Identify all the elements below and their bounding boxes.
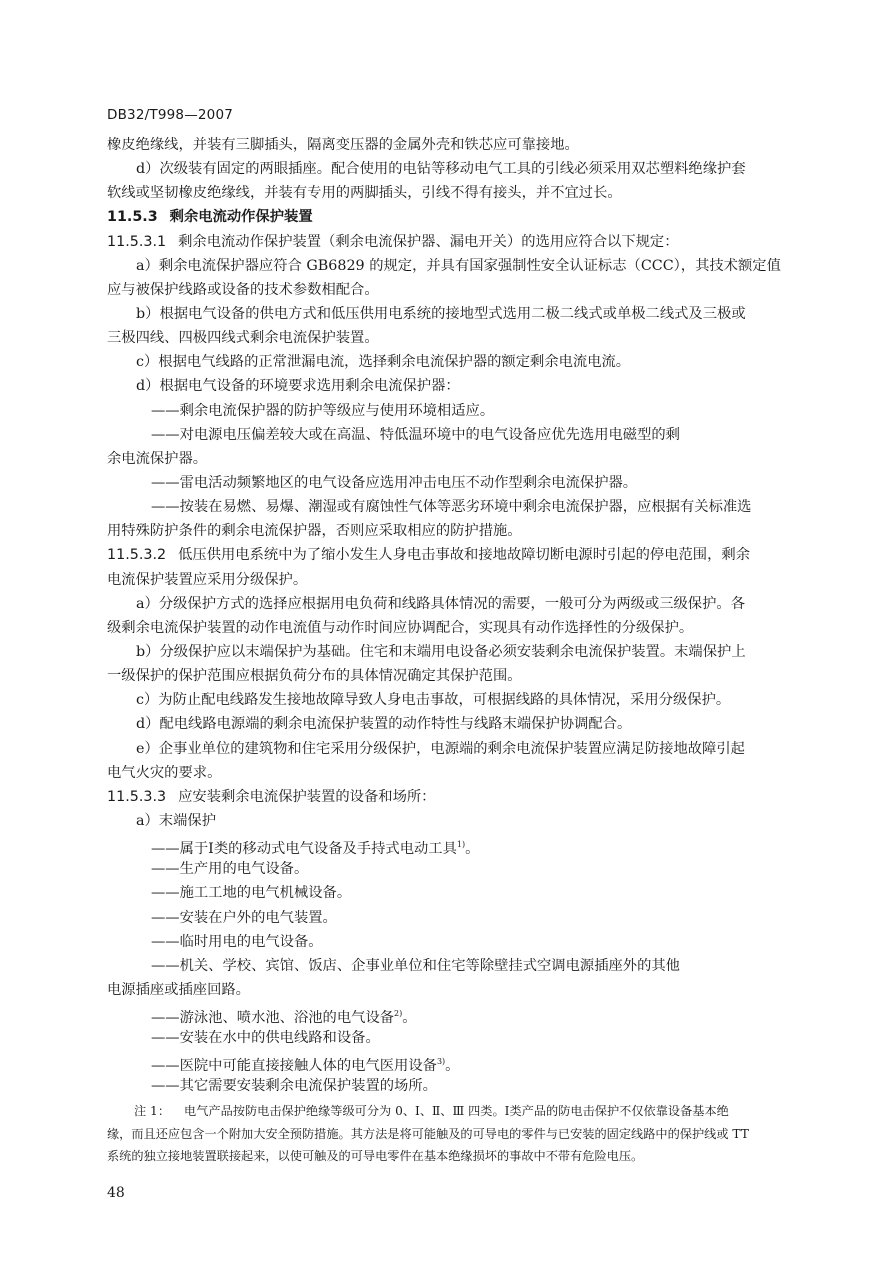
section-title: 剩余电流动作保护装置 <box>170 209 313 225</box>
list-item-b: b）分级保护应以末端保护为基础。住宅和末端用电设备必须安装剩余电流保护装置。末端… <box>107 640 809 664</box>
dash-item: ——属于Ⅰ类的移动式电气设备及手持式电动工具1)。 <box>107 833 809 857</box>
note-line: 系统的独立接地装置联接起来，以使可触及的可导电零件在基本绝缘损坏的事故中不带有危… <box>107 1145 809 1168</box>
list-item-d: d）根据电气设备的环境要求选用剩余电流保护器： <box>107 374 809 398</box>
clause-text: 低压供用电系统中为了缩小发生人身电击事故和接地故障切断电源时引起的停电范围，剩余 <box>178 547 750 563</box>
dash-item: ——生产用的电气设备。 <box>107 857 809 881</box>
dash-item: ——机关、学校、宾馆、饭店、企事业单位和住宅等除壁挂式空调电源插座外的其他 <box>107 954 809 978</box>
dash-item-text: ——医院中可能直接接触人体的电气医用设备 <box>151 1058 437 1074</box>
note-label: 注 1： <box>134 1100 170 1123</box>
list-item-e: e）企事业单位的建筑物和住宅采用分级保护，电源端的剩余电流保护装置应满足防接地故… <box>107 737 809 761</box>
clause-number: 11.5.3.3 <box>107 785 166 809</box>
dash-item: ——剩余电流保护器的防护等级应与使用环境相适应。 <box>107 399 809 423</box>
punctuation: 。 <box>465 841 479 857</box>
paragraph-line: 用特殊防护条件的剩余电流保护器，否则应采取相应的防护措施。 <box>107 519 809 543</box>
clause-11-5-3-1: 11.5.3.1剩余电流动作保护装置（剩余电流保护器、漏电开关）的选用应符合以下… <box>107 230 809 254</box>
dash-item-text: ——属于Ⅰ类的移动式电气设备及手持式电动工具 <box>151 841 457 857</box>
clause-text: 应安装剩余电流保护装置的设备和场所： <box>178 789 435 805</box>
list-item-b: b）根据电气设备的供电方式和低压供用电系统的接地型式选用二极二线式或单极二线式及… <box>107 302 809 326</box>
list-item-a: a）末端保护 <box>107 809 809 833</box>
list-item-a: a）分级保护方式的选择应根据用电负荷和线路具体情况的需要，一般可分为两级或三级保… <box>107 592 809 616</box>
footnote-ref: 3) <box>437 1057 445 1066</box>
paragraph-line: 电流保护装置应采用分级保护。 <box>107 568 809 592</box>
list-item-c: c）根据电气线路的正常泄漏电流，选择剩余电流保护器的额定剩余电流电流。 <box>107 350 809 374</box>
clause-11-5-3-3: 11.5.3.3应安装剩余电流保护装置的设备和场所： <box>107 785 809 809</box>
page-number: 48 <box>107 1185 125 1201</box>
dash-item: ——医院中可能直接接触人体的电气医用设备3)。 <box>107 1050 809 1074</box>
document-id-header: DB32/T998—2007 <box>107 107 233 123</box>
dash-item: ——安装在户外的电气装置。 <box>107 906 809 930</box>
clause-number: 11.5.3.1 <box>107 230 166 254</box>
paragraph-line: 级剩余电流保护装置的动作电流值与动作时间应协调配合，实现具有动作选择性的分级保护… <box>107 616 809 640</box>
dash-item: ——雷电活动频繁地区的电气设备应选用冲击电压不动作型剩余电流保护器。 <box>107 471 809 495</box>
section-heading-11-5-3: 11.5.3剩余电流动作保护装置 <box>107 205 809 229</box>
note-line: 缘，而且还应包含一个附加大安全预防措施。其方法是将可能触及的可导电的零件与已安装… <box>107 1123 809 1146</box>
dash-item: ——游泳池、喷水池、浴池的电气设备2)。 <box>107 1002 809 1026</box>
paragraph-line: 电气火灾的要求。 <box>107 761 809 785</box>
footnote-ref: 1) <box>457 840 465 849</box>
paragraph-line: 软线或坚韧橡皮绝缘线，并装有专用的两脚插头，引线不得有接头，并不宜过长。 <box>107 181 809 205</box>
punctuation: 。 <box>445 1058 459 1074</box>
paragraph-line: 余电流保护器。 <box>107 447 809 471</box>
dash-item: ——其它需要安装剩余电流保护装置的场所。 <box>107 1074 809 1098</box>
paragraph-line: 电源插座或插座回路。 <box>107 978 809 1002</box>
clause-11-5-3-2: 11.5.3.2低压供用电系统中为了缩小发生人身电击事故和接地故障切断电源时引起… <box>107 543 809 567</box>
note-line: 注 1：电气产品按防电击保护绝缘等级可分为 0、Ⅰ、Ⅱ、Ⅲ 四类。Ⅰ类产品的防电… <box>107 1100 809 1123</box>
note-text: 电气产品按防电击保护绝缘等级可分为 0、Ⅰ、Ⅱ、Ⅲ 四类。Ⅰ类产品的防电击保护不… <box>184 1104 729 1118</box>
punctuation: 。 <box>402 1010 416 1026</box>
list-item-c: c）为防止配电线路发生接地故障导致人身电击事故，可根据线路的具体情况，采用分级保… <box>107 688 809 712</box>
clause-text: 剩余电流动作保护装置（剩余电流保护器、漏电开关）的选用应符合以下规定： <box>178 234 678 250</box>
dash-item: ——安装在水中的供电线路和设备。 <box>107 1026 809 1050</box>
clause-number: 11.5.3.2 <box>107 543 166 567</box>
paragraph-line: 三极四线、四极四线式剩余电流保护装置。 <box>107 326 809 350</box>
paragraph-line: 橡皮绝缘线，并装有三脚插头，隔离变压器的金属外壳和铁芯应可靠接地。 <box>107 133 809 157</box>
dash-item: ——临时用电的电气设备。 <box>107 930 809 954</box>
dash-item-text: ——游泳池、喷水池、浴池的电气设备 <box>151 1010 394 1026</box>
section-number: 11.5.3 <box>107 205 158 229</box>
paragraph-line: 应与被保护线路或设备的技术参数相配合。 <box>107 278 809 302</box>
dash-item: ——对电源电压偏差较大或在高温、特低温环境中的电气设备应优先选用电磁型的剩 <box>107 423 809 447</box>
document-body: 橡皮绝缘线，并装有三脚插头，隔离变压器的金属外壳和铁芯应可靠接地。 d）次级装有… <box>107 133 809 1099</box>
list-item-a: a）剩余电流保护器应符合 GB6829 的规定，并具有国家强制性安全认证标志（C… <box>107 254 809 278</box>
dash-item: ——按装在易燃、易爆、潮湿或有腐蚀性气体等恶劣环境中剩余电流保护器，应根据有关标… <box>107 495 809 519</box>
note-block: 注 1：电气产品按防电击保护绝缘等级可分为 0、Ⅰ、Ⅱ、Ⅲ 四类。Ⅰ类产品的防电… <box>107 1100 809 1168</box>
list-item-d: d）配电线路电源端的剩余电流保护装置的动作特性与线路末端保护协调配合。 <box>107 712 809 736</box>
dash-item: ——施工工地的电气机械设备。 <box>107 881 809 905</box>
paragraph-line: 一级保护的保护范围应根据负荷分布的具体情况确定其保护范围。 <box>107 664 809 688</box>
list-item-d: d）次级装有固定的两眼插座。配合使用的电钻等移动电气工具的引线必须采用双芯塑料绝… <box>107 157 809 181</box>
